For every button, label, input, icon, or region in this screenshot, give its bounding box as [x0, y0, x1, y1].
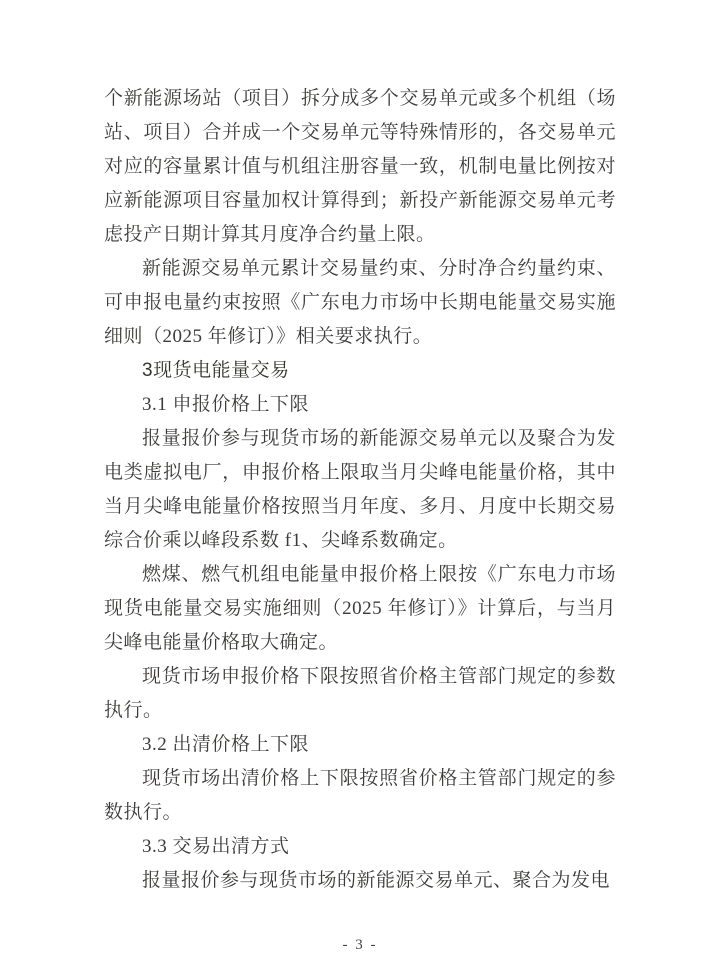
- document-content: 个新能源场站（项目）拆分成多个交易单元或多个机组（场站、项目）合并成一个交易单元…: [104, 82, 616, 898]
- page-number: - 3 -: [0, 937, 720, 954]
- paragraph: 现货市场申报价格下限按照省价格主管部门规定的参数执行。: [104, 660, 616, 728]
- document-page: 个新能源场站（项目）拆分成多个交易单元或多个机组（场站、项目）合并成一个交易单元…: [0, 0, 720, 963]
- paragraph: 个新能源场站（项目）拆分成多个交易单元或多个机组（场站、项目）合并成一个交易单元…: [104, 82, 616, 252]
- paragraph: 新能源交易单元累计交易量约束、分时净合约量约束、可申报电量约束按照《广东电力市场…: [104, 252, 616, 354]
- paragraph: 现货市场出清价格上下限按照省价格主管部门规定的参数执行。: [104, 762, 616, 830]
- subsection-heading: 3.1 申报价格上下限: [104, 388, 616, 422]
- section-heading: 3现货电能量交易: [104, 354, 616, 388]
- paragraph: 报量报价参与现货市场的新能源交易单元、聚合为发电: [104, 864, 616, 898]
- subsection-heading: 3.2 出清价格上下限: [104, 728, 616, 762]
- subsection-heading: 3.3 交易出清方式: [104, 830, 616, 864]
- paragraph: 报量报价参与现货市场的新能源交易单元以及聚合为发电类虚拟电厂，申报价格上限取当月…: [104, 422, 616, 558]
- paragraph: 燃煤、燃气机组电能量申报价格上限按《广东电力市场现货电能量交易实施细则（2025…: [104, 558, 616, 660]
